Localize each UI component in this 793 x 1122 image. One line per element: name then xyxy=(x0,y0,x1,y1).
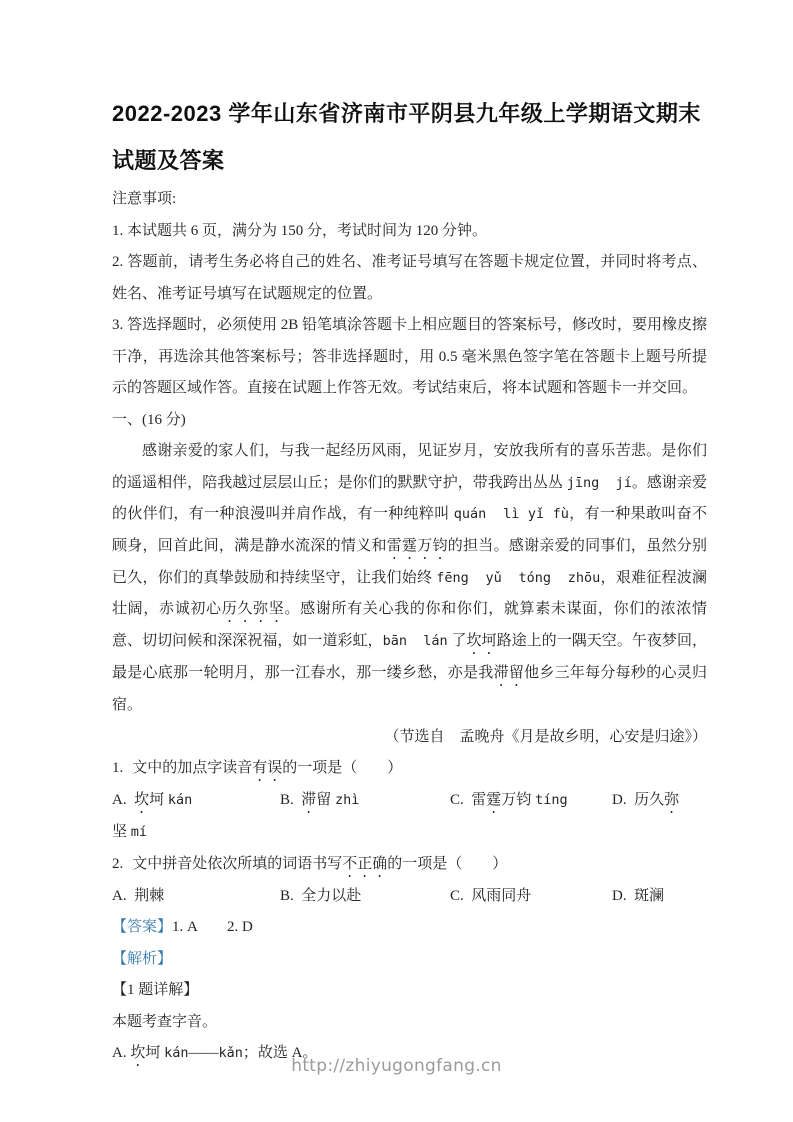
detail-intro: 本题考查字音。 xyxy=(112,1007,707,1039)
notice-item-1: 1. 本试题共 6 页，满分为 150 分，考试时间为 120 分钟。 xyxy=(112,216,707,248)
analysis-label: 【解析】 xyxy=(112,951,172,967)
exam-document-page: 2022-2023 学年山东省济南市平阴县九年级上学期语文期末 试题及答案 注意… xyxy=(0,0,793,1122)
question-1-option-c: C. 雷霆万钧 tíng xyxy=(450,785,612,817)
question-2-option-a: A. 荆棘 xyxy=(112,881,280,913)
passage: 感谢亲爱的家人们，与我一起经历风雨，见证岁月，安放我所有的喜乐苦悲。是你们的遥遥… xyxy=(112,436,707,722)
answer-label: 【答案】 xyxy=(112,919,172,935)
question-2-options: A. 荆棘 B. 全力以赴 C. 风雨同舟 D. 斑澜 xyxy=(112,881,707,913)
question-1-option-d: D. 历久弥 xyxy=(612,785,707,817)
exam-title-line2: 试题及答案 xyxy=(112,148,225,173)
question-1-option-d-wrap: 坚 mí xyxy=(112,817,707,849)
exam-title-line1: 2022-2023 学年山东省济南市平阴县九年级上学期语文期末 xyxy=(112,101,701,126)
answer-line: 【答案】1. A 2. D xyxy=(112,912,707,944)
question-1-stem: 1.文中的加点字读音有误的一项是（ ） xyxy=(112,753,707,785)
question-2-stem: 2.文中拼音处依次所填的词语书写不正确的一项是（ ） xyxy=(112,849,707,881)
notice-item-3: 3. 答选择题时，必须使用 2B 铅笔填涂答题卡上相应题目的答案标号，修改时，要… xyxy=(112,310,707,405)
question-1-number: 1. xyxy=(112,760,123,776)
section-heading: 一、(16 分) xyxy=(112,405,707,437)
question-2-option-b: B. 全力以赴 xyxy=(280,881,450,913)
question-1-stem-text: 文中的加点字读音有误的一项是（ ） xyxy=(132,760,402,776)
analysis-line: 【解析】 xyxy=(112,944,707,976)
detail-heading: 【1 题详解】 xyxy=(112,975,707,1007)
question-2-option-d: D. 斑澜 xyxy=(612,881,707,913)
watermark-url: http://zhiyugongfang.cn xyxy=(0,1056,793,1076)
question-1-option-b: B. 滞留 zhì xyxy=(280,785,450,817)
question-1-option-a: A. 坎坷 kán xyxy=(112,785,280,817)
question-2-stem-text: 文中拼音处依次所填的词语书写不正确的一项是（ ） xyxy=(132,856,507,872)
notice-heading: 注意事项: xyxy=(112,184,707,216)
answer-values: 1. A 2. D xyxy=(172,919,253,935)
question-2-number: 2. xyxy=(112,856,123,872)
question-2-option-c: C. 风雨同舟 xyxy=(450,881,612,913)
exam-title: 2022-2023 学年山东省济南市平阴县九年级上学期语文期末 试题及答案 xyxy=(112,90,707,184)
passage-source: （节选自 孟晚舟《月是故乡明，心安是归途》） xyxy=(112,722,707,754)
question-1-options: A. 坎坷 kán B. 滞留 zhì C. 雷霆万钧 tíng D. 历久弥 xyxy=(112,785,707,817)
notice-item-2: 2. 答题前，请考生务必将自己的姓名、准考证号填写在答题卡规定位置，并同时将考点… xyxy=(112,247,707,310)
